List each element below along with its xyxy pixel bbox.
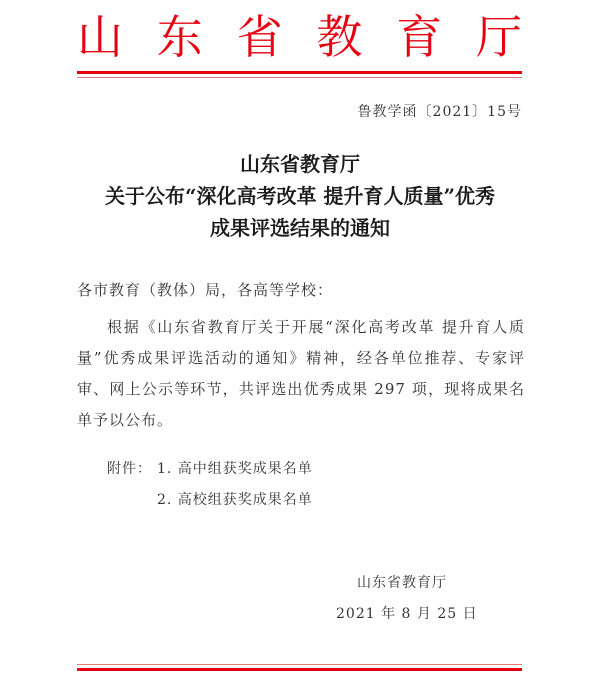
footer-rule-thick [77, 668, 522, 671]
signature-organization: 山东省教育厅 [330, 568, 470, 599]
title-subject-line: 成果评选结果的通知 [60, 212, 540, 244]
footer-rule-thin [77, 664, 522, 665]
attachments-list: 附件： 1. 高中组获奖成果名单 2. 高校组获奖成果名单 [107, 454, 313, 516]
attachment-title: 2. 高校组获奖成果名单 [157, 485, 313, 516]
document-title: 山东省教育厅 关于公布“深化高考改革 提升育人质量”优秀 成果评选结果的通知 [60, 148, 540, 244]
masthead-char: 东 [157, 8, 203, 66]
attachment-item: 附件： 1. 高中组获奖成果名单 [107, 454, 313, 485]
body-text: 根据《山东省教育厅关于开展“深化高考改革 提升育人质量”优秀成果评选活动的通知》… [77, 312, 525, 436]
title-subject-line: 关于公布“深化高考改革 提升育人质量”优秀 [60, 180, 540, 212]
document-page: 山 东 省 教 育 厅 鲁教学函〔2021〕15号 山东省教育厅 关于公布“深化… [0, 0, 599, 677]
signature-block: 山东省教育厅 2021 年 8 月 25 日 [330, 568, 470, 630]
attachment-item: 2. 高校组获奖成果名单 [107, 485, 313, 516]
attachments-label-spacer [107, 485, 157, 516]
attachments-label: 附件： [107, 454, 157, 485]
header-rule-thick [77, 71, 522, 74]
masthead-char: 育 [396, 8, 442, 66]
masthead-char: 山 [77, 8, 123, 66]
title-issuer: 山东省教育厅 [60, 148, 540, 180]
masthead-char: 教 [316, 8, 362, 66]
signature-date: 2021 年 8 月 25 日 [330, 599, 470, 630]
attachment-title: 1. 高中组获奖成果名单 [157, 454, 313, 485]
masthead-char: 厅 [476, 8, 522, 66]
masthead-char: 省 [237, 8, 283, 66]
salutation: 各市教育（教体）局，各高等学校： [77, 278, 333, 302]
masthead: 山 东 省 教 育 厅 [77, 8, 522, 66]
body-paragraph: 根据《山东省教育厅关于开展“深化高考改革 提升育人质量”优秀成果评选活动的通知》… [77, 312, 525, 436]
header-rule-thin [77, 77, 522, 78]
document-number: 鲁教学函〔2021〕15号 [352, 102, 522, 122]
